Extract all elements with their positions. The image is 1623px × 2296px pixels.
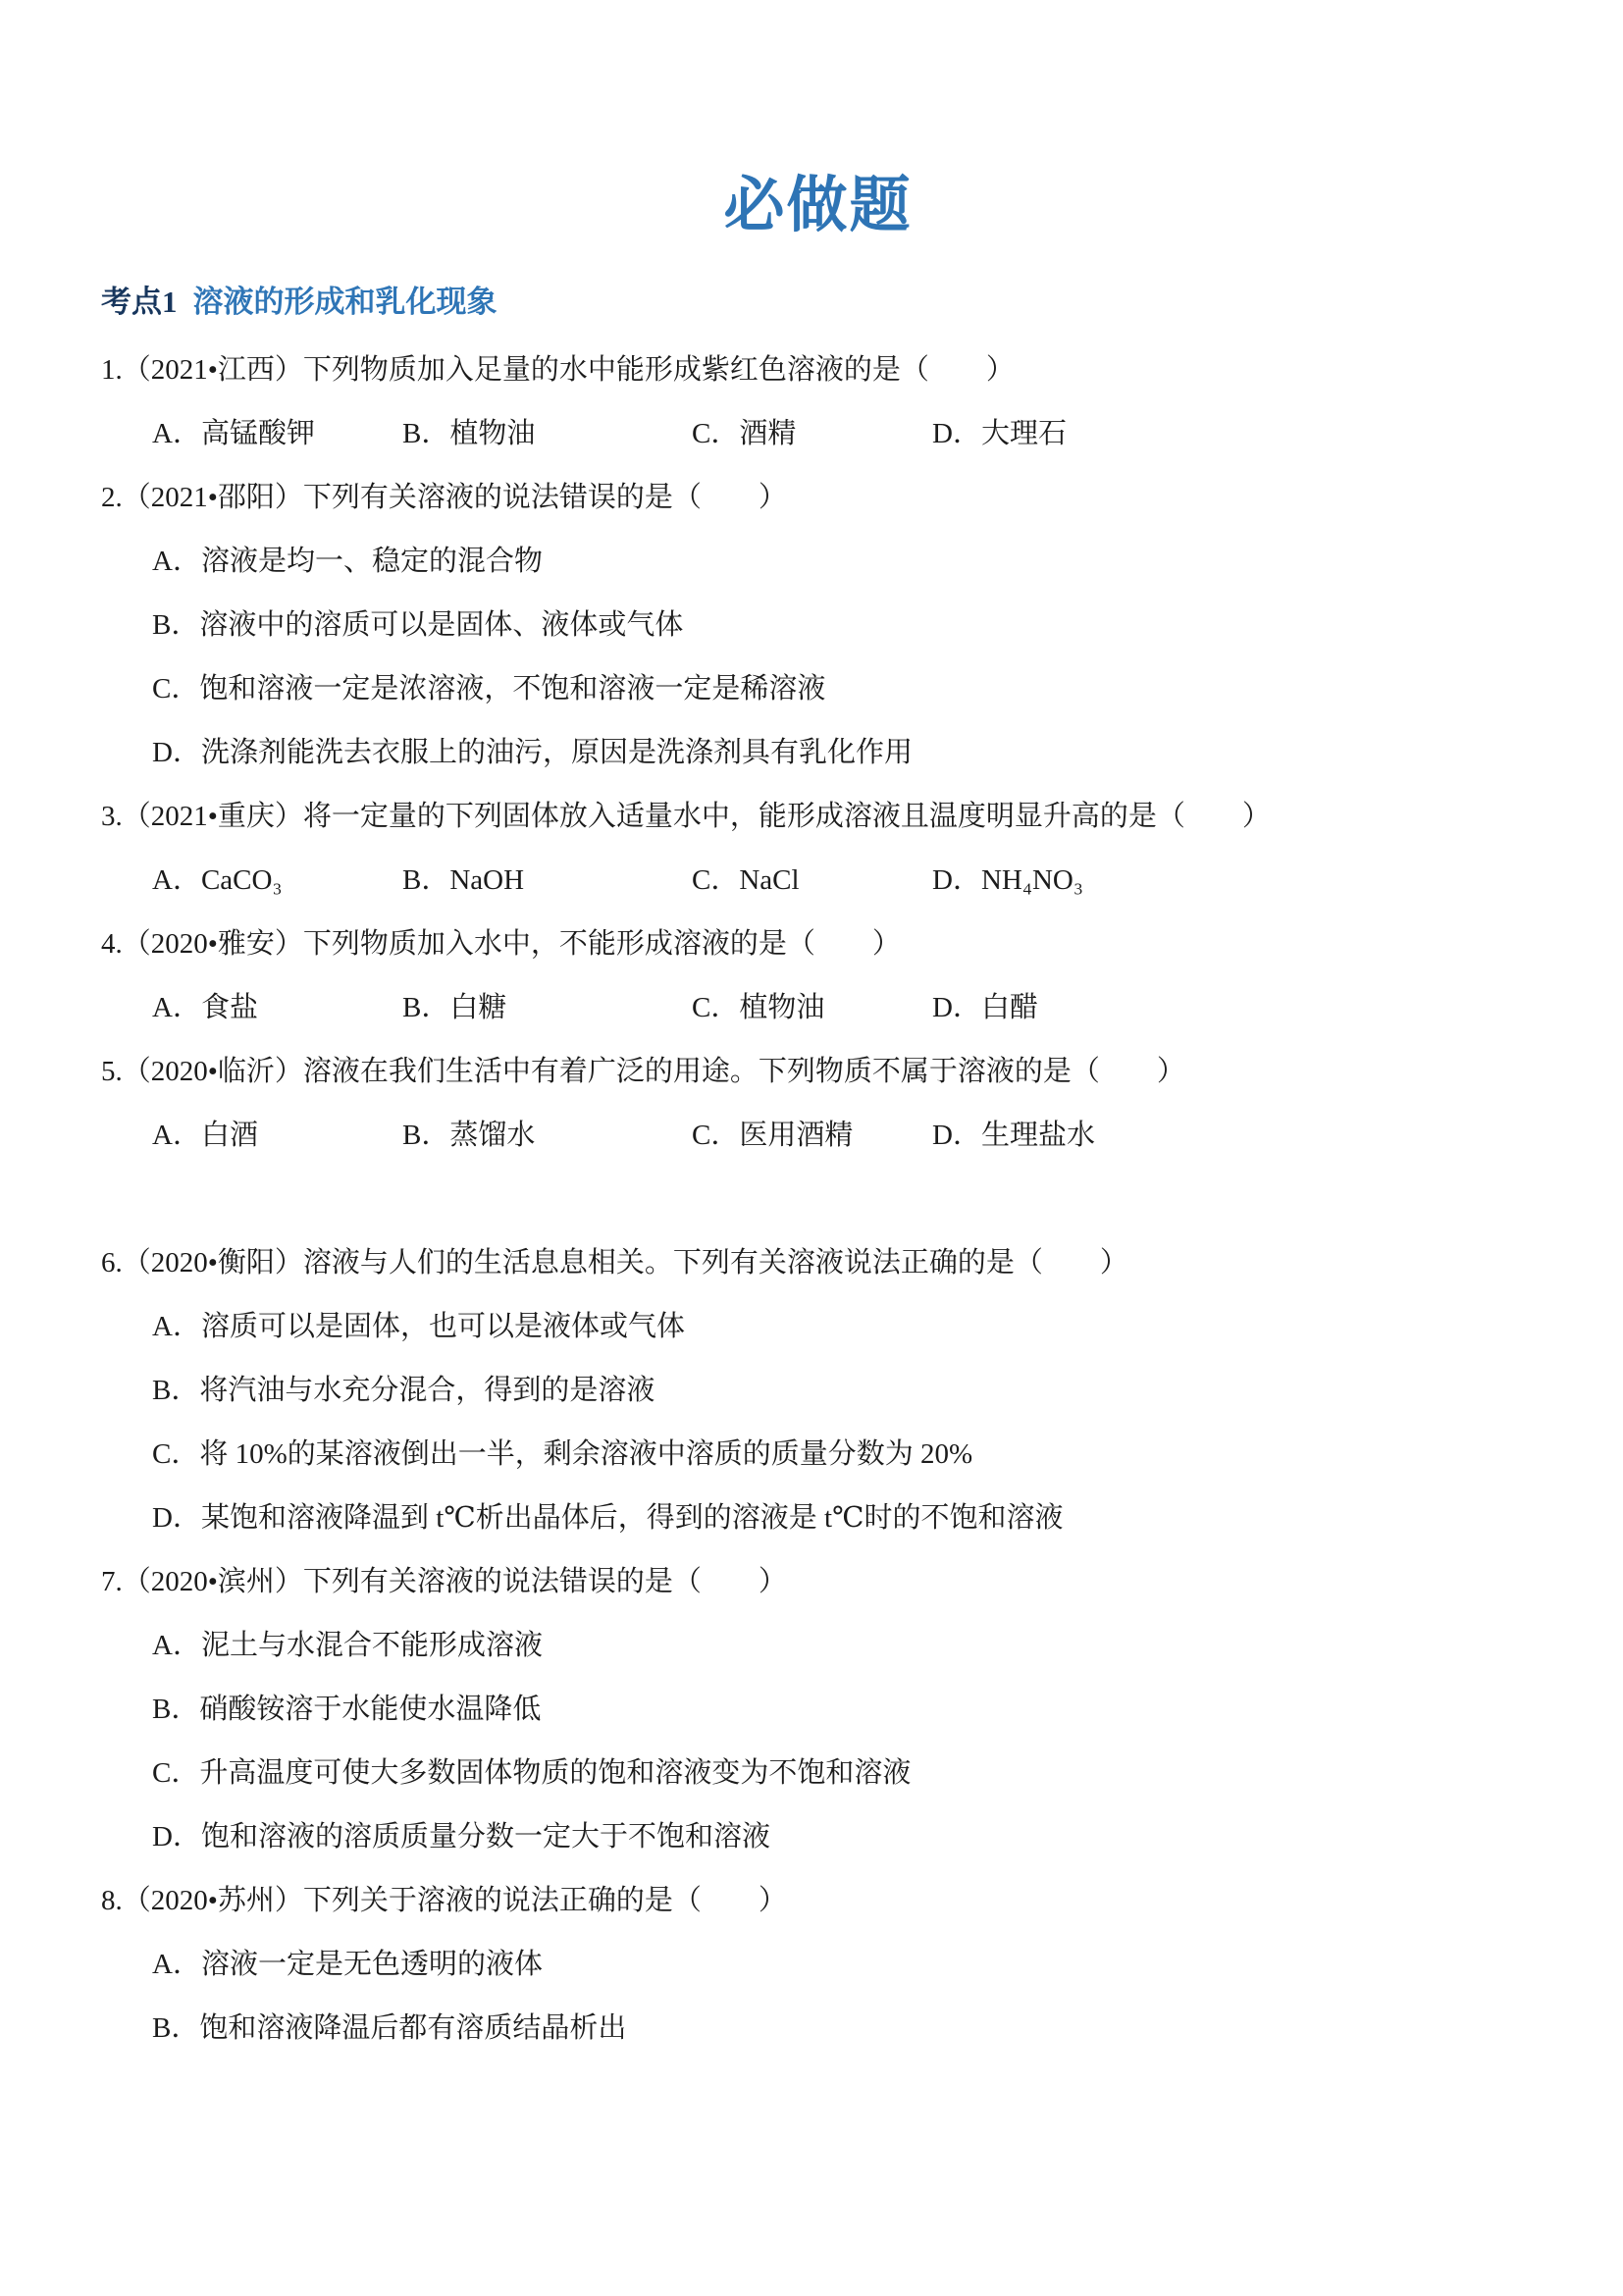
question-1-option-b: B．植物油	[402, 402, 692, 466]
question-4-option-b: B．白糖	[402, 976, 692, 1040]
question-4-stem: 4.（2020•雅安）下列物质加入水中，不能形成溶液的是（ ）	[101, 913, 1535, 976]
question-8-option-a: A．溶液一定是无色透明的液体	[101, 1933, 1535, 1997]
question-6-option-c: C．将 10%的某溶液倒出一半，剩余溶液中溶质的质量分数为 20%	[101, 1423, 1535, 1487]
question-7: 7.（2020•滨州）下列有关溶液的说法错误的是（ ）A．泥土与水混合不能形成溶…	[101, 1550, 1535, 1869]
exam-document-page: 必做题 考点1溶液的形成和乳化现象 1.（2021•江西）下列物质加入足量的水中…	[0, 0, 1623, 2296]
question-6-option-d: D．某饱和溶液降温到 t℃析出晶体后，得到的溶液是 t℃时的不饱和溶液	[101, 1487, 1535, 1550]
question-7-option-d: D．饱和溶液的溶质质量分数一定大于不饱和溶液	[101, 1805, 1535, 1869]
question-6-option-b: B．将汽油与水充分混合，得到的是溶液	[101, 1359, 1535, 1423]
question-6: 6.（2020•衡阳）溶液与人们的生活息息相关。下列有关溶液说法正确的是（ ）A…	[101, 1231, 1535, 1550]
question-2-stem: 2.（2021•邵阳）下列有关溶液的说法错误的是（ ）	[101, 466, 1535, 530]
question-6-option-a: A．溶质可以是固体，也可以是液体或气体	[101, 1295, 1535, 1359]
question-7-stem: 7.（2020•滨州）下列有关溶液的说法错误的是（ ）	[101, 1550, 1535, 1614]
question-3-stem: 3.（2021•重庆）将一定量的下列固体放入适量水中，能形成溶液且温度明显升高的…	[101, 785, 1535, 849]
page-title: 必做题	[101, 175, 1535, 238]
question-2-option-c: C．饱和溶液一定是浓溶液，不饱和溶液一定是稀溶液	[101, 657, 1535, 721]
question-1-option-a: A．高锰酸钾	[152, 402, 402, 466]
question-8: 8.（2020•苏州）下列关于溶液的说法正确的是（ ）A．溶液一定是无色透明的液…	[101, 1869, 1535, 2061]
question-5-option-a: A．白酒	[152, 1104, 402, 1168]
question-5: 5.（2020•临沂）溶液在我们生活中有着广泛的用途。下列物质不属于溶液的是（ …	[101, 1040, 1535, 1168]
question-4-option-a: A．食盐	[152, 976, 402, 1040]
question-8-option-b: B．饱和溶液降温后都有溶质结晶析出	[101, 1997, 1535, 2061]
question-5-stem: 5.（2020•临沂）溶液在我们生活中有着广泛的用途。下列物质不属于溶液的是（ …	[101, 1040, 1535, 1104]
question-7-option-c: C．升高温度可使大多数固体物质的饱和溶液变为不饱和溶液	[101, 1742, 1535, 1805]
question-3-option-a: A．CaCO₃	[152, 849, 402, 913]
question-3-options-row: A．CaCO₃B．NaOHC．NaClD．NH₄NO₃	[101, 849, 1535, 913]
section-label: 考点1	[101, 285, 178, 319]
question-list: 1.（2021•江西）下列物质加入足量的水中能形成紫红色溶液的是（ ）A．高锰酸…	[101, 339, 1535, 2061]
question-8-stem: 8.（2020•苏州）下列关于溶液的说法正确的是（ ）	[101, 1869, 1535, 1933]
question-5-option-c: C．医用酒精	[692, 1104, 932, 1168]
question-4: 4.（2020•雅安）下列物质加入水中，不能形成溶液的是（ ）A．食盐B．白糖C…	[101, 913, 1535, 1040]
question-5-options-row: A．白酒B．蒸馏水C．医用酒精D．生理盐水	[101, 1104, 1535, 1168]
question-5-option-d: D．生理盐水	[932, 1104, 1095, 1168]
question-3-option-b: B．NaOH	[402, 849, 692, 913]
question-2: 2.（2021•邵阳）下列有关溶液的说法错误的是（ ）A．溶液是均一、稳定的混合…	[101, 466, 1535, 785]
question-3-option-d: D．NH₄NO₃	[932, 849, 1083, 913]
question-3-option-c: C．NaCl	[692, 849, 932, 913]
question-2-option-a: A．溶液是均一、稳定的混合物	[101, 530, 1535, 594]
question-1-options-row: A．高锰酸钾B．植物油C．酒精D．大理石	[101, 402, 1535, 466]
question-4-option-c: C．植物油	[692, 976, 932, 1040]
question-4-options-row: A．食盐B．白糖C．植物油D．白醋	[101, 976, 1535, 1040]
question-2-option-d: D．洗涤剂能洗去衣服上的油污，原因是洗涤剂具有乳化作用	[101, 721, 1535, 785]
question-7-option-a: A．泥土与水混合不能形成溶液	[101, 1614, 1535, 1678]
question-4-option-d: D．白醋	[932, 976, 1038, 1040]
question-2-option-b: B．溶液中的溶质可以是固体、液体或气体	[101, 594, 1535, 657]
question-5-option-b: B．蒸馏水	[402, 1104, 692, 1168]
question-1-stem: 1.（2021•江西）下列物质加入足量的水中能形成紫红色溶液的是（ ）	[101, 339, 1535, 402]
question-6-stem: 6.（2020•衡阳）溶液与人们的生活息息相关。下列有关溶液说法正确的是（ ）	[101, 1231, 1535, 1295]
section-title: 溶液的形成和乳化现象	[193, 285, 497, 319]
question-1-option-d: D．大理石	[932, 402, 1067, 466]
question-1: 1.（2021•江西）下列物质加入足量的水中能形成紫红色溶液的是（ ）A．高锰酸…	[101, 339, 1535, 466]
section-heading: 考点1溶液的形成和乳化现象	[101, 282, 1535, 323]
question-7-option-b: B．硝酸铵溶于水能使水温降低	[101, 1678, 1535, 1742]
question-1-option-c: C．酒精	[692, 402, 932, 466]
question-3: 3.（2021•重庆）将一定量的下列固体放入适量水中，能形成溶液且温度明显升高的…	[101, 785, 1535, 913]
